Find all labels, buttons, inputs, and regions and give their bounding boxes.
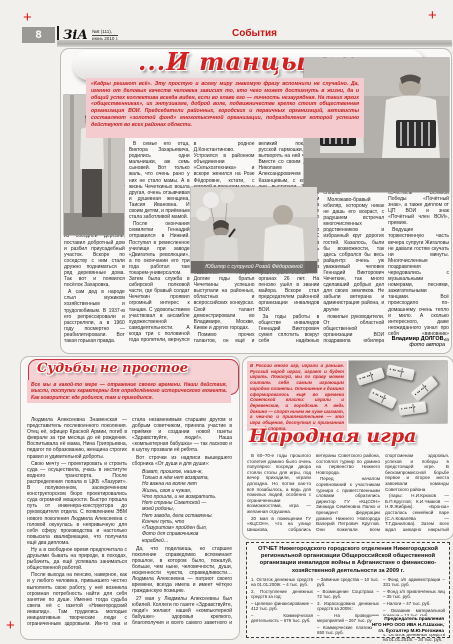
text-line: кораблей… <box>142 538 232 544</box>
crop-mark-icon: + <box>23 10 32 25</box>
text-line: – На проведение мероприятий – 267 тыс. р… <box>317 613 379 624</box>
text-line: Ну а в свободное время предпочитала с др… <box>27 547 127 571</box>
crop-mark-icon: + <box>428 8 437 23</box>
domino-tile <box>411 376 439 402</box>
report-signature: Председатель правленияНГО НРО ООО ИВА Н.… <box>372 616 444 634</box>
photo-jubilee-couple: Юбиляр с супругой Розой Фёдоровной <box>191 187 317 273</box>
report-col2: – Заёмные средства – 10 тыс. руб.– Возме… <box>317 577 379 644</box>
header-bar <box>57 40 452 47</box>
page-number: 8 <box>22 27 55 43</box>
text-line: – Фонд з/п привлечённых лиц – 35 тыс. ру… <box>383 589 445 600</box>
text-line: – Целевое финансирование – 412 тыс. руб. <box>251 601 313 612</box>
text-line: Людмила Алексеевна Знаменская — представ… <box>27 417 127 460</box>
photo-credit: фото автора <box>392 342 445 349</box>
domino-tile <box>368 388 397 409</box>
text-line: Вот строчки из надписи вышедшего сборник… <box>132 455 232 467</box>
report-title: ОТЧЕТ Нижегородского городского отделени… <box>251 546 445 575</box>
article-fates-body: Людмила Алексеевна Знаменская — представ… <box>27 417 232 633</box>
text-line: Моложаво-бравый юбиляр, которому никак н… <box>323 197 384 313</box>
article-dances-signature: Владимир ДОЛГОВ, фото автора <box>388 336 445 350</box>
report-col1: 1. Остаток денежных средств на 01.01.200… <box>251 577 313 644</box>
text-line: А сам дед в народе слыл мужиком хозяйств… <box>64 289 125 344</box>
text-line: – Коммерческие платежи – 650 тыс. руб. <box>317 625 379 636</box>
article-dances: ...И танцы от Чечеткина «Кадры решают вс… <box>60 48 452 354</box>
article-dances-lead: «Кадры решают всё». Эту простую и всему … <box>86 78 364 138</box>
text-line: 1. Остаток денежных средств на 01.01.200… <box>251 577 313 588</box>
text-line: Да, что поделаешь, но старшее поколение … <box>132 546 232 595</box>
domino-body: В 60–70-е годы прошлого столетия домино … <box>247 453 449 533</box>
article-fates: Судьбы не простое полотно Все мы в какой… <box>20 356 240 640</box>
text-line: 3. Израсходовано денежных средств за 200… <box>317 601 379 612</box>
text-line: В 60–70-е годы прошлого столетия домино … <box>247 453 311 515</box>
text-line: – Заёмные средства – 10 тыс. руб. <box>317 577 379 588</box>
article-domino-lead: В России много игр, играли и раньше. Рус… <box>247 361 347 431</box>
text-line: Свою мечту — проектировать и строить суд… <box>27 461 127 546</box>
article-fates-lead: Все мы в какой-то мере — отражение своег… <box>27 380 231 403</box>
author-name: Владимир ДОЛГОВ, <box>392 336 445 343</box>
article-domino-body: В 60–70-е годы прошлого столетия домино … <box>247 453 449 533</box>
domino-tile <box>356 367 385 386</box>
text-line: – Фонд з/п администрации – 331 тыс. руб. <box>383 577 445 588</box>
text-line: – Налоги – 47 тыс. руб. <box>383 601 445 606</box>
article-domino: В России много игр, играли и раньше. Рус… <box>242 356 453 540</box>
article-domino-title: Народная игра <box>249 425 416 447</box>
photo-dominoes <box>349 361 447 423</box>
text-line: гл. бухгалтер М.Ю.Рогожина <box>372 628 444 634</box>
domino-tile <box>398 401 426 416</box>
crop-mark-icon: + <box>6 618 15 633</box>
poem-quote: Виват, прошлое, наше-ж,Только в нём нет … <box>142 469 232 544</box>
photo-caption: Юбиляр с супругой Розой Фёдоровной <box>191 261 317 273</box>
section-title: События <box>57 28 452 39</box>
domino-tile <box>386 364 415 380</box>
text-line: В семье его отца, Виктора Захарьевича, р… <box>129 141 190 220</box>
financial-report: ОТЧЕТ Нижегородского городского отделени… <box>246 542 450 638</box>
text-line: 2. Поступление денежных средств за год: <box>251 589 313 600</box>
text-line: – Возмещение Соцстраха – 72 тыс. руб. <box>317 589 379 600</box>
text-line: – Коммерческая деятельность – 679 тыс. р… <box>251 613 313 624</box>
